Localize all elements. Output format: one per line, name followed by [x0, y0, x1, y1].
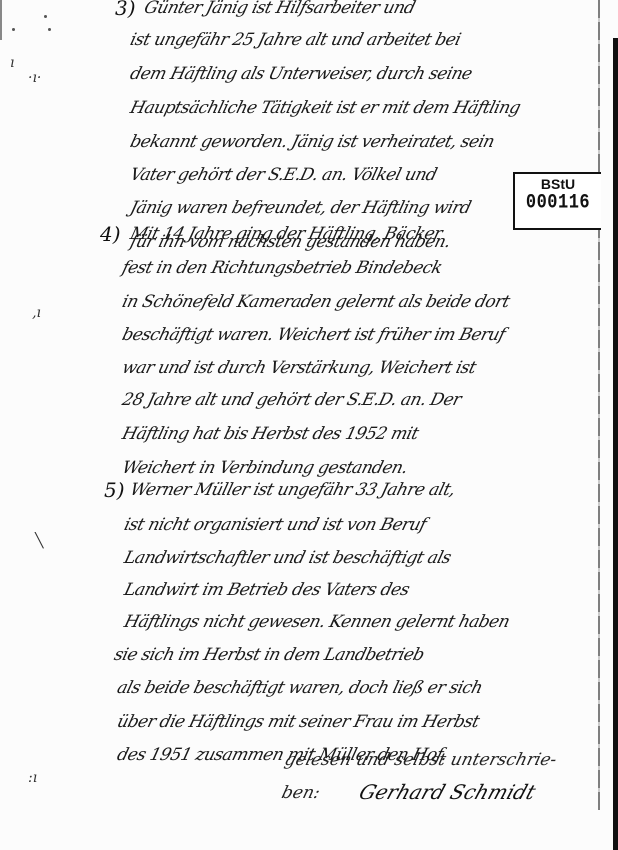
handwritten-line: über die Häftlings mit seiner Frau im He…	[115, 712, 481, 732]
scanned-document-page: ı ·ı· ‚ı ╲ :ı 3) Günter Jänig ist Hilfsa…	[0, 0, 618, 850]
scan-left-edge	[0, 0, 2, 40]
handwritten-line: Hauptsächliche Tätigkeit ist er mit dem …	[128, 98, 522, 118]
closing-attestation: gelesen und selbst unterschrie-	[283, 750, 559, 770]
margin-pencil-mark: ·ı·	[28, 70, 41, 86]
stamp-org: BStU	[515, 176, 601, 192]
handwritten-line: war und ist durch Verstärkung, Weichert …	[120, 358, 478, 378]
scan-right-border	[598, 0, 600, 810]
handwritten-line: Mit 14 Jahre ging der Häftling, Bäcker	[128, 224, 444, 244]
margin-pencil-mark: :ı	[28, 770, 37, 786]
handwritten-line: ist ungefähr 25 Jahre alt und arbeitet b…	[128, 30, 463, 50]
handwritten-line: Günter Jänig ist Hilfsarbeiter und	[142, 0, 417, 18]
signature: Gerhard Schmidt	[356, 780, 539, 804]
handwritten-line: Jänig waren befreundet, der Häftling wir…	[128, 198, 473, 218]
scan-speck	[48, 28, 51, 31]
handwritten-line: Landwirt im Betrieb des Vaters des	[122, 580, 411, 600]
handwritten-line: fest in den Richtungsbetrieb Bindebeck	[120, 258, 444, 278]
handwritten-line: Werner Müller ist ungefähr 33 Jahre alt,	[128, 480, 457, 500]
scan-speck	[44, 15, 47, 18]
handwritten-line: Häftling hat bis Herbst des 1952 mit	[120, 424, 420, 444]
bstu-archive-stamp: BStU 000116	[513, 172, 601, 230]
paragraph-number: 5)	[104, 478, 125, 502]
handwritten-line: beschäftigt waren. Weichert ist früher i…	[120, 325, 507, 345]
margin-pencil-mark: ╲	[35, 533, 43, 549]
handwritten-line: sie sich im Herbst in dem Landbetrieb	[112, 645, 426, 665]
margin-pencil-mark: ‚ı	[32, 305, 41, 321]
scan-dark-edge	[613, 38, 618, 850]
handwritten-line: 28 Jahre alt und gehört der S.E.D. an. D…	[120, 390, 463, 410]
closing-attestation: ben:	[280, 783, 323, 803]
handwritten-line: bekannt geworden. Jänig ist verheiratet,…	[128, 132, 496, 152]
handwritten-line: ist nicht organisiert und ist von Beruf	[122, 515, 428, 535]
handwritten-line: Häftlings nicht gewesen. Kennen gelernt …	[122, 612, 511, 632]
paragraph-number: 4)	[100, 222, 121, 246]
scan-speck	[12, 28, 15, 31]
handwritten-line: dem Häftling als Unterweiser, durch sein…	[128, 64, 474, 84]
paragraph-number: 3)	[115, 0, 136, 20]
handwritten-line: Landwirtschaftler und ist beschäftigt al…	[122, 548, 453, 568]
handwritten-line: als beide beschäftigt waren, doch ließ e…	[115, 678, 484, 698]
margin-pencil-mark: ı	[10, 55, 14, 71]
stamp-number: 000116	[515, 192, 601, 215]
handwritten-line: in Schönefeld Kameraden gelernt als beid…	[120, 292, 511, 312]
handwritten-line: Weichert in Verbindung gestanden.	[120, 458, 410, 478]
handwritten-line: Vater gehört der S.E.D. an. Völkel und	[128, 165, 439, 185]
